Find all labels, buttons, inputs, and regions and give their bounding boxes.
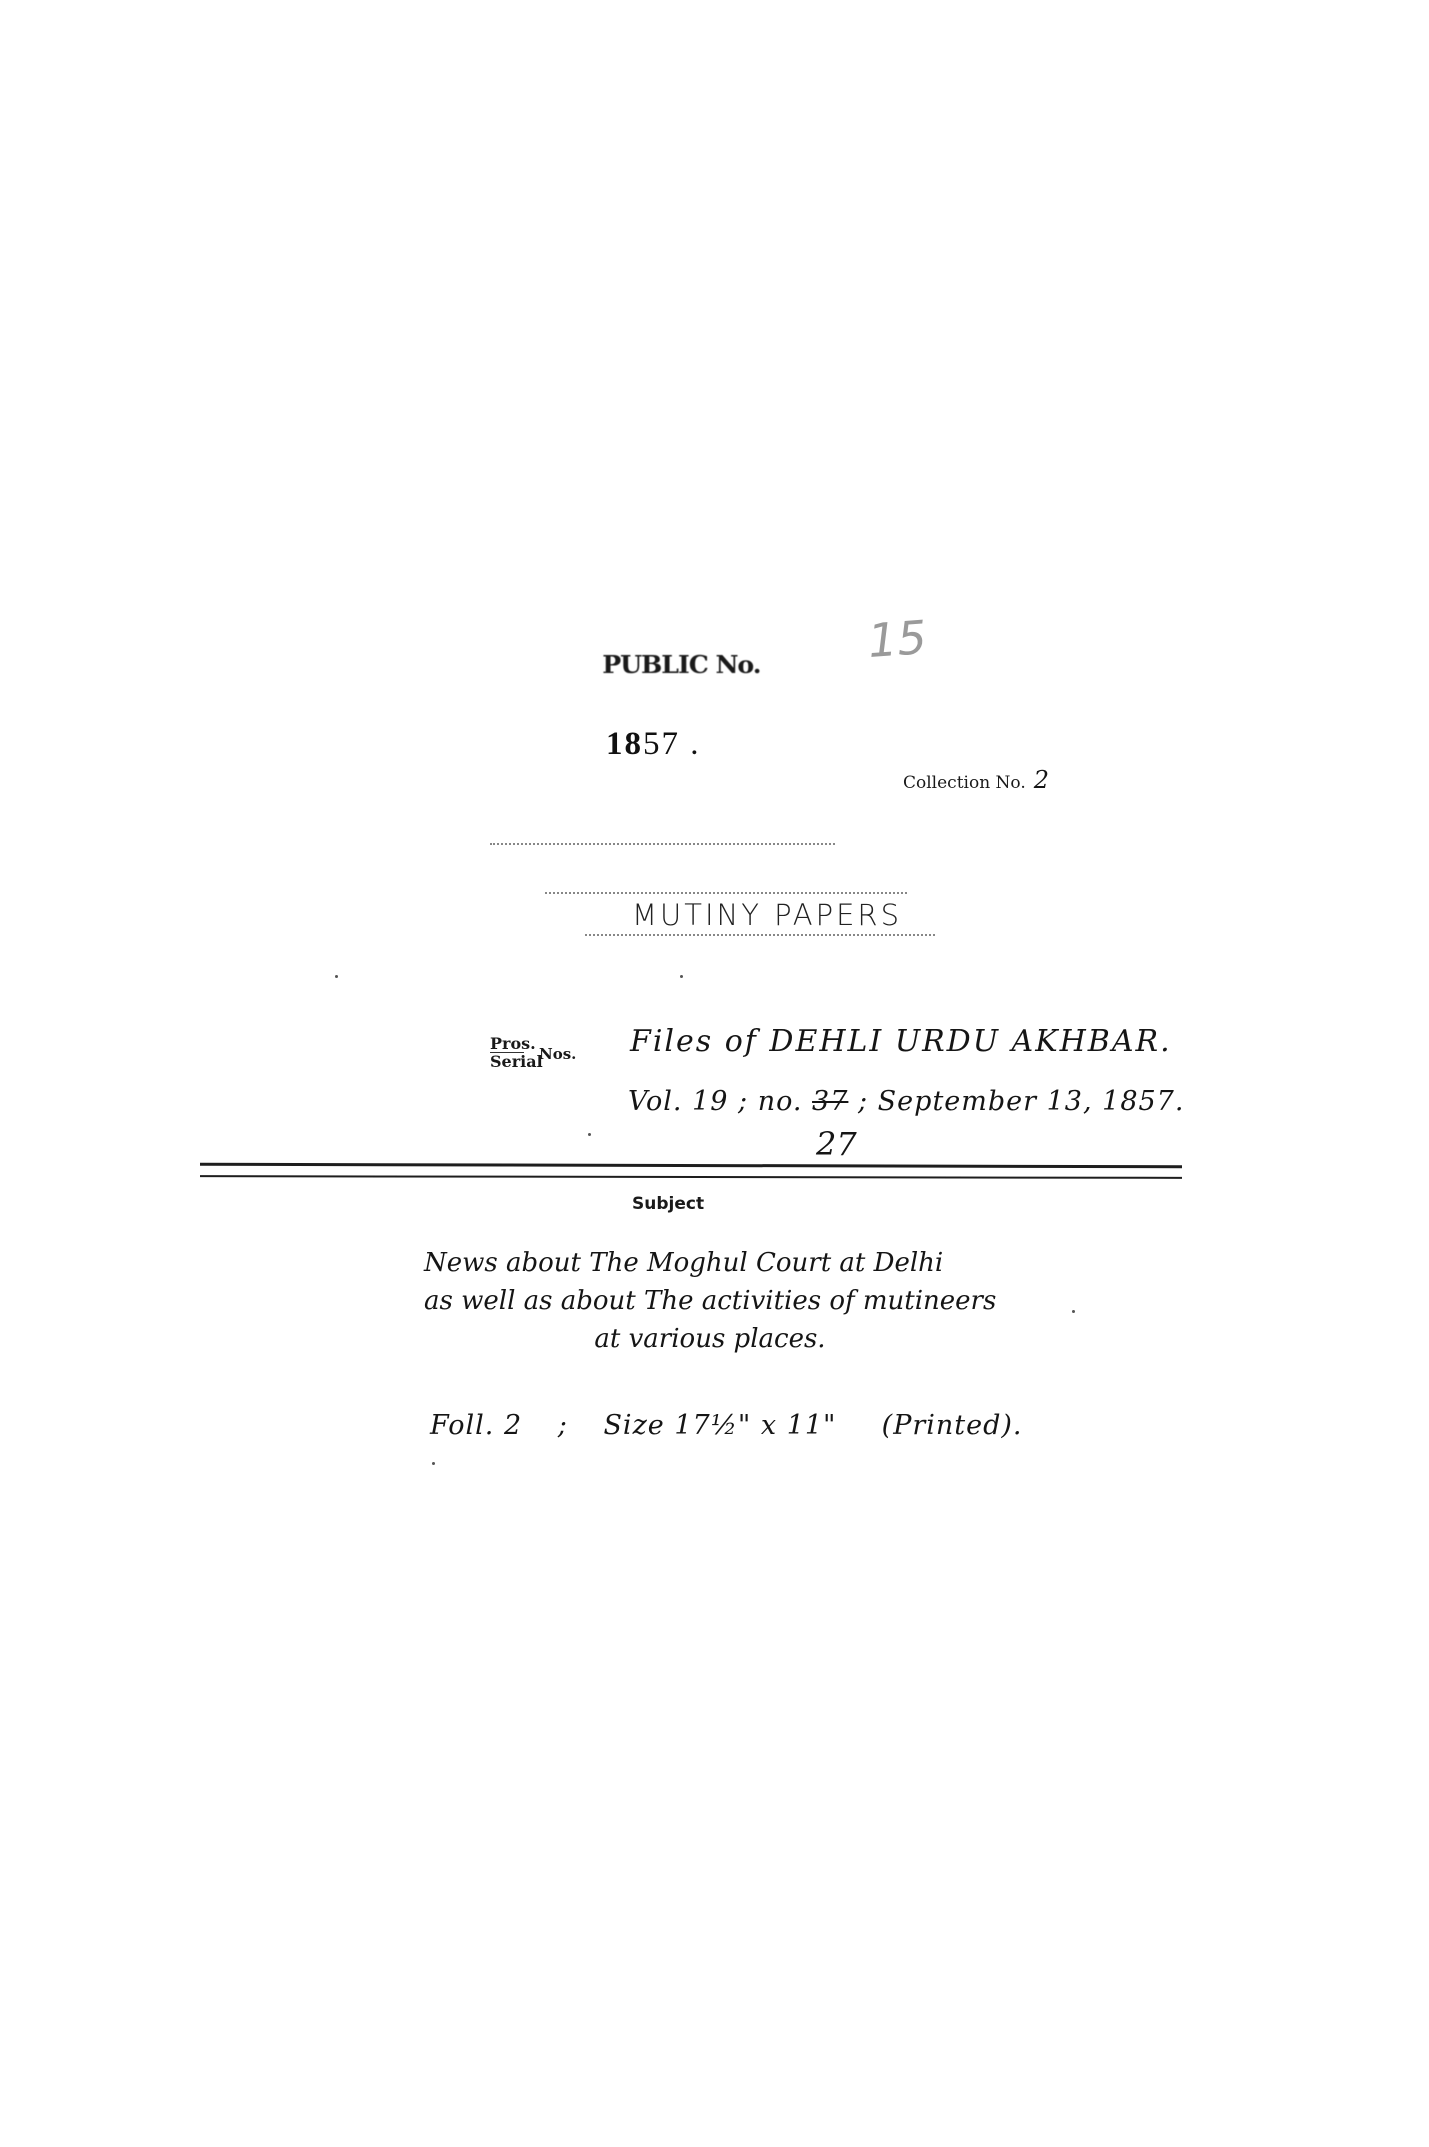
dotted-underline (585, 934, 935, 936)
scan-speck (432, 1462, 435, 1465)
corrected-issue-number: 27 (816, 1125, 857, 1163)
subject-line: at various places. (420, 1320, 1000, 1358)
collection-number: Collection No.2 (903, 766, 1049, 794)
year-rest: 57 . (643, 726, 701, 762)
subject-line: News about The Moghul Court at Delhi (420, 1244, 1000, 1282)
pros-label: Pros. (490, 1035, 524, 1053)
scan-speck (1072, 1310, 1075, 1313)
scan-speck (335, 975, 338, 978)
subject-line: as well as about The activities of mutin… (420, 1282, 1000, 1320)
public-no-stamp: PUBLIC No. (602, 650, 760, 679)
print-note: (Printed). (882, 1410, 1023, 1441)
scan-speck (680, 975, 683, 978)
volume-number: Vol. 19 ; no. (628, 1086, 802, 1117)
volume-line: Vol. 19 ; no. 37 ; September 13, 1857. (628, 1086, 1184, 1117)
subject-heading: Subject (632, 1194, 704, 1214)
issue-date: ; September 13, 1857. (858, 1086, 1184, 1117)
folio-count: Foll. 2 (430, 1410, 522, 1441)
series-title: MUTINY PAPERS (632, 898, 902, 932)
divider-rule (200, 1163, 1182, 1169)
serial-label: Serial (490, 1052, 543, 1071)
page-size: Size 17½" x 11" (603, 1410, 836, 1441)
folio-number: 15 (866, 610, 928, 668)
dotted-rule (545, 892, 907, 894)
nos-label: Nos. (539, 1045, 576, 1063)
divider-rule (200, 1175, 1182, 1179)
collection-value: 2 (1034, 766, 1049, 794)
subject-description: News about The Moghul Court at Delhi as … (420, 1244, 1000, 1358)
scan-speck (588, 1133, 591, 1136)
struck-issue-number: 37 (812, 1086, 848, 1117)
folio-size-line: Foll. 2 ; Size 17½" x 11" (Printed). (430, 1410, 1023, 1441)
files-title: Files of DEHLI URDU AKHBAR. (630, 1024, 1172, 1059)
year-overwritten-digits: 18 (606, 726, 643, 762)
dotted-rule (490, 843, 835, 845)
collection-label: Collection No. (903, 773, 1026, 793)
pros-serial-label: Pros. Serial (490, 1035, 543, 1070)
year-label: 1857 . (606, 726, 701, 763)
